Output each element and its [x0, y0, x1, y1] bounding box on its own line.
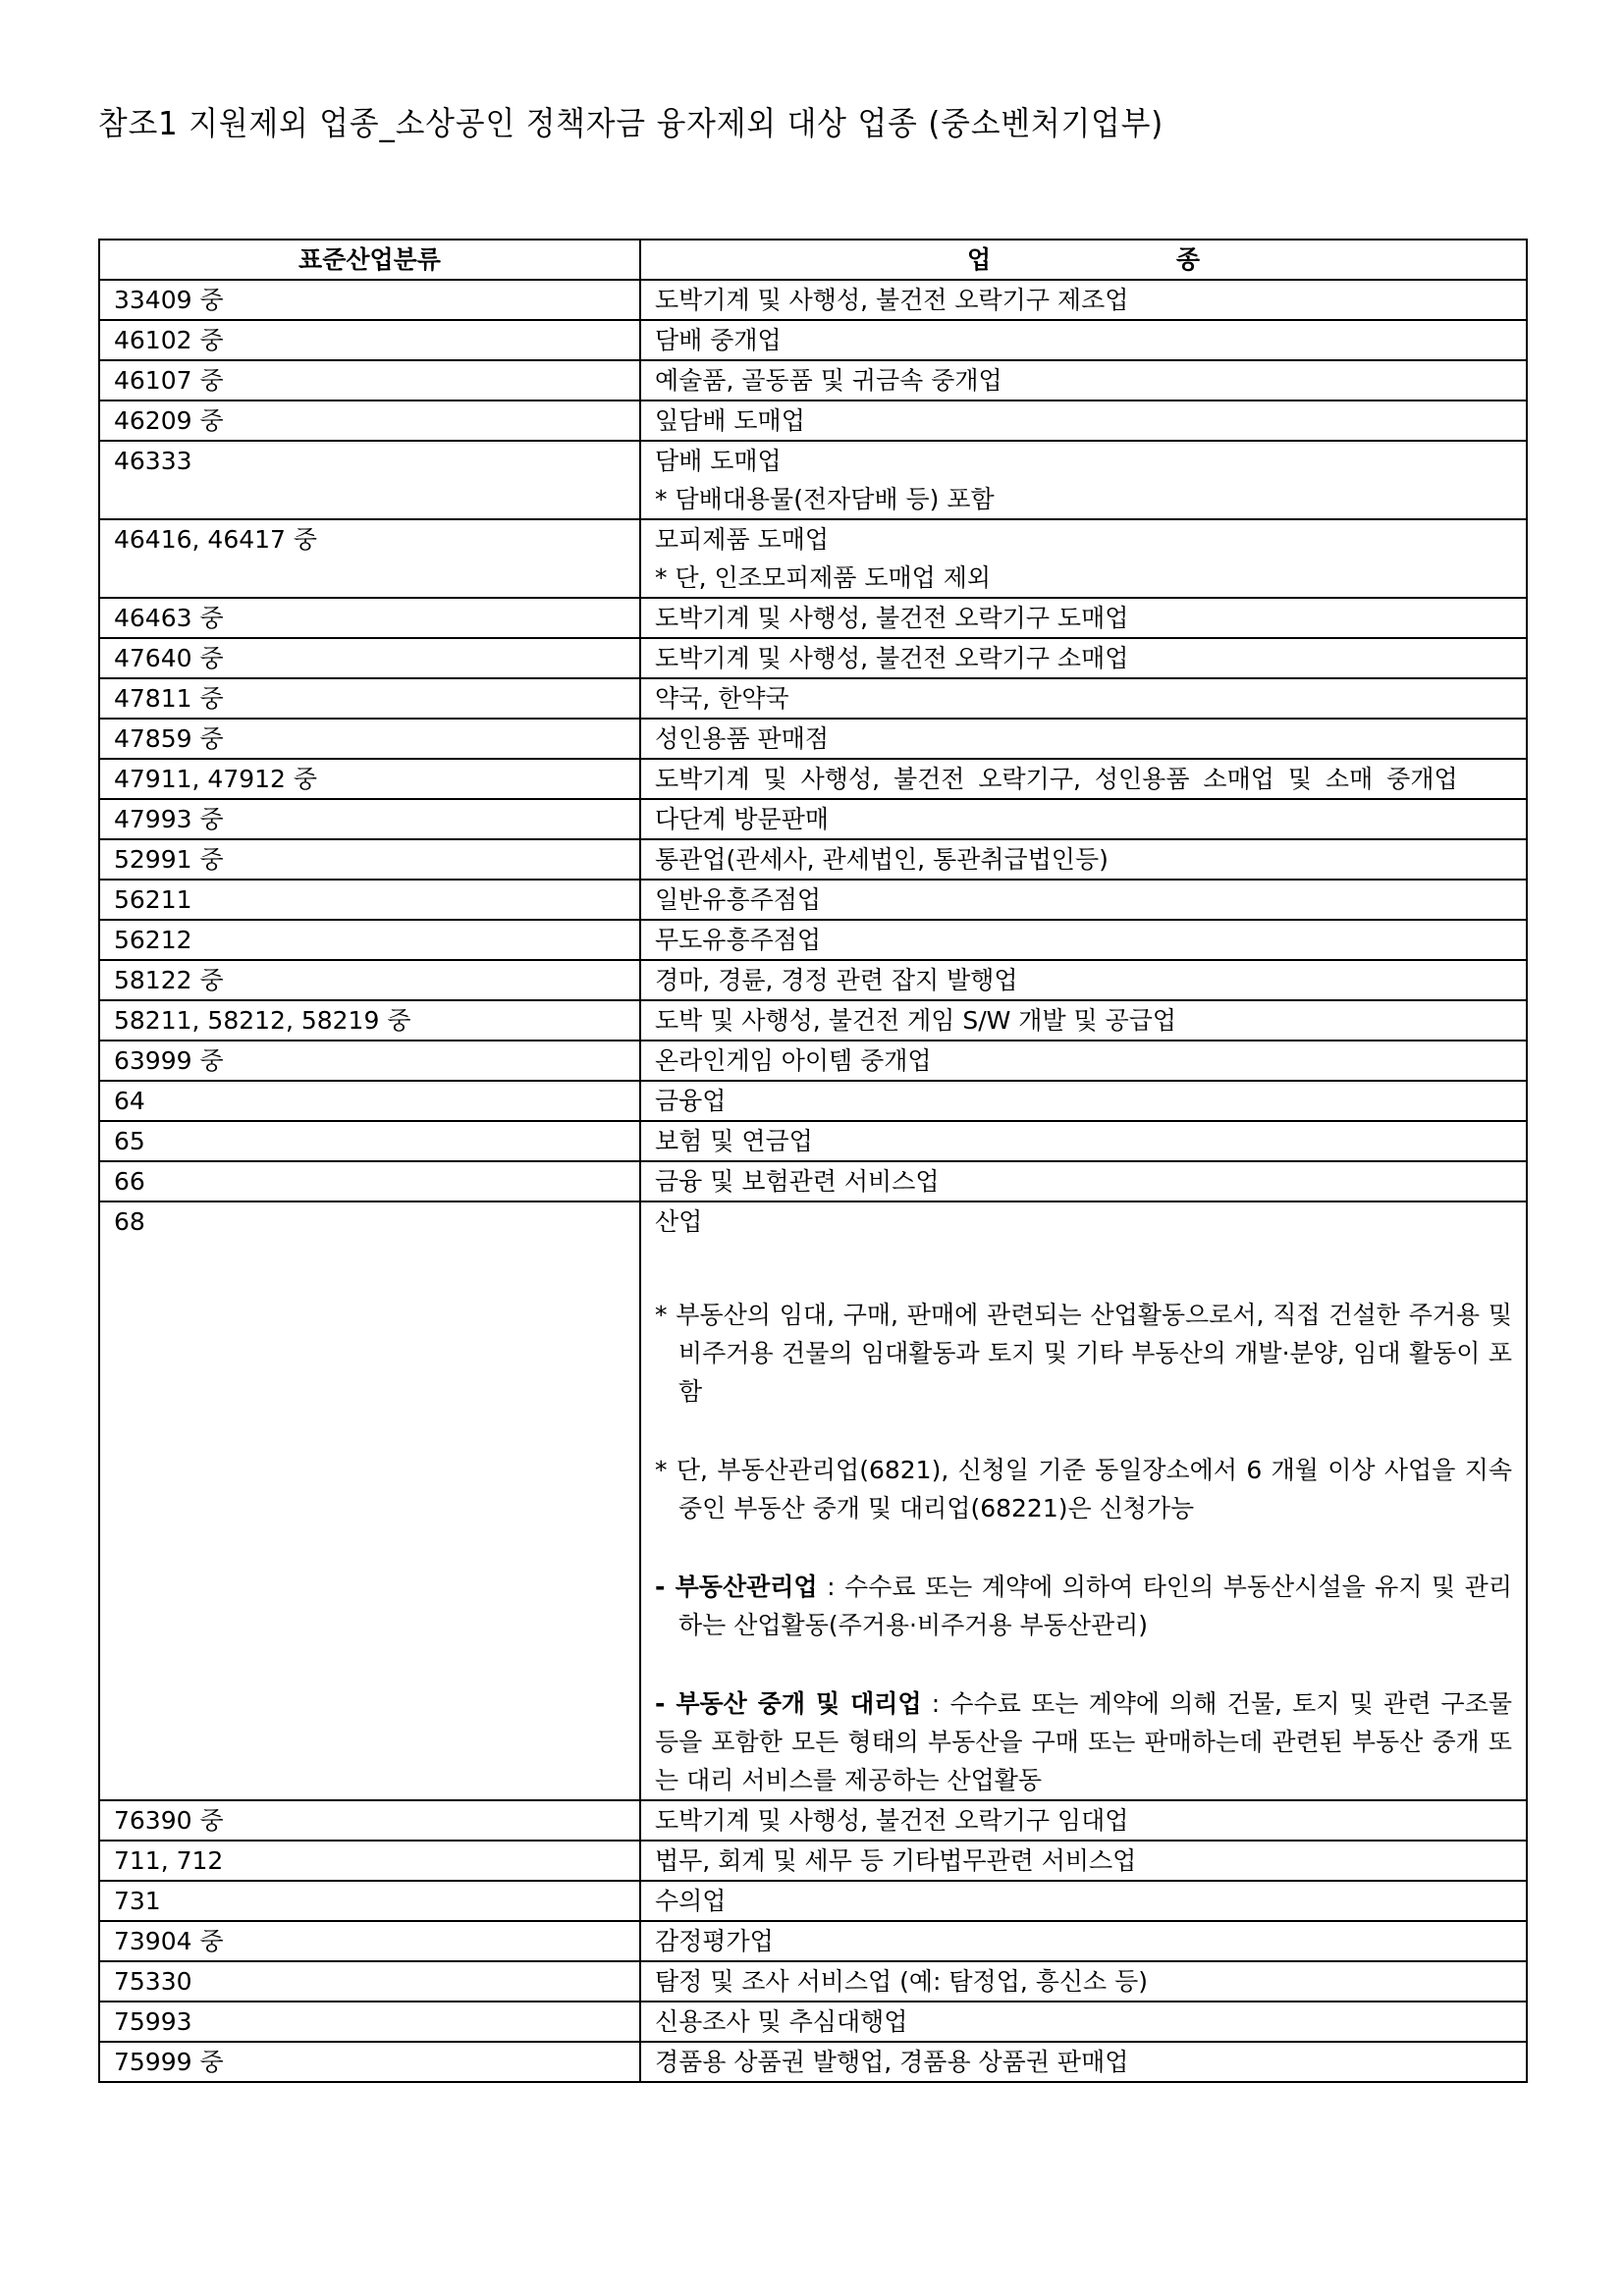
table-row: 52991 중통관업(관세사, 관세법인, 통관취급법인등) [99, 839, 1527, 880]
table-row: 75999 중경품용 상품권 발행업, 경품용 상품권 판매업 [99, 2042, 1527, 2082]
industry-name: 약국, 한약국 [655, 679, 1512, 718]
table-row: 66금융 및 보험관련 서비스업 [99, 1161, 1527, 1201]
industry-code-cell: 46416, 46417 중 [99, 519, 640, 598]
table-row: 73904 중감정평가업 [99, 1921, 1527, 1961]
industry-name: 도박기계 및 사행성, 불건전 오락기구 임대업 [655, 1801, 1512, 1840]
industry-code-cell: 47911, 47912 중 [99, 759, 640, 799]
definition-term: - 부동산 중개 및 대리업 [655, 1689, 922, 1718]
industry-code-cell: 58122 중 [99, 960, 640, 1000]
table-row: 47811 중약국, 한약국 [99, 678, 1527, 719]
industry-name: 신용조사 및 추심대행업 [655, 2002, 1512, 2041]
industry-code-cell: 46209 중 [99, 400, 640, 441]
industry-code-cell: 52991 중 [99, 839, 640, 880]
industry-name-cell: 금융 및 보험관련 서비스업 [640, 1161, 1527, 1201]
industry-name-cell: 도박기계 및 사행성, 불건전 오락기구, 성인용품 소매업 및 소매 중개업 [640, 759, 1527, 799]
table-row: 64금융업 [99, 1081, 1527, 1121]
industry-name-cell: 금융업 [640, 1081, 1527, 1121]
industry-code-cell: 75999 중 [99, 2042, 640, 2082]
industry-name-cell: 도박기계 및 사행성, 불건전 오락기구 소매업 [640, 638, 1527, 678]
industry-name-cell: 경품용 상품권 발행업, 경품용 상품권 판매업 [640, 2042, 1527, 2082]
industry-name-cell: 잎담배 도매업 [640, 400, 1527, 441]
industry-name: 보험 및 연금업 [655, 1122, 1512, 1160]
industry-code-cell: 65 [99, 1121, 640, 1161]
industry-name: 산업 [655, 1202, 1512, 1241]
industry-name-cell: 감정평가업 [640, 1921, 1527, 1961]
industry-code-cell: 46102 중 [99, 320, 640, 360]
industry-code-cell: 64 [99, 1081, 640, 1121]
table-body: 33409 중도박기계 및 사행성, 불건전 오락기구 제조업46102 중담배… [99, 280, 1527, 2082]
industry-code-cell: 47859 중 [99, 719, 640, 759]
industry-code-cell: 75330 [99, 1961, 640, 2002]
industry-name: 감정평가업 [655, 1922, 1512, 1960]
industry-code-cell: 73904 중 [99, 1921, 640, 1961]
industry-name-cell: 온라인게임 아이템 중개업 [640, 1041, 1527, 1081]
industry-name-cell: 신용조사 및 추심대행업 [640, 2002, 1527, 2042]
table-row: 731수의업 [99, 1881, 1527, 1921]
table-row: 75330탐정 및 조사 서비스업 (예: 탐정업, 흥신소 등) [99, 1961, 1527, 2002]
table-row: 58122 중경마, 경륜, 경정 관련 잡지 발행업 [99, 960, 1527, 1000]
table-header-row: 표준산업분류 업 종 [99, 240, 1527, 280]
industry-name-cell: 법무, 회계 및 세무 등 기타법무관련 서비스업 [640, 1841, 1527, 1881]
industry-code-cell: 66 [99, 1161, 640, 1201]
industry-code-cell: 76390 중 [99, 1800, 640, 1841]
industry-name: 금융 및 보험관련 서비스업 [655, 1162, 1512, 1201]
table-row: 47859 중성인용품 판매점 [99, 719, 1527, 759]
table-row: 65보험 및 연금업 [99, 1121, 1527, 1161]
industry-name-cell: 약국, 한약국 [640, 678, 1527, 719]
industry-code-cell: 46107 중 [99, 360, 640, 400]
industry-name: 금융업 [655, 1082, 1512, 1120]
industry-code-cell: 68 [99, 1201, 640, 1800]
industry-name-cell: 통관업(관세사, 관세법인, 통관취급법인등) [640, 839, 1527, 880]
table-row: 47911, 47912 중도박기계 및 사행성, 불건전 오락기구, 성인용품… [99, 759, 1527, 799]
industry-name-cell: 경마, 경륜, 경정 관련 잡지 발행업 [640, 960, 1527, 1000]
definition-real-estate-brokerage: - 부동산 중개 및 대리업 : 수수료 또는 계약에 의해 건물, 토지 및 … [655, 1684, 1512, 1799]
table-row: 46107 중예술품, 골동품 및 귀금속 중개업 [99, 360, 1527, 400]
industry-name-cell: 수의업 [640, 1881, 1527, 1921]
table-row: 76390 중도박기계 및 사행성, 불건전 오락기구 임대업 [99, 1800, 1527, 1841]
industry-name: 수의업 [655, 1882, 1512, 1920]
industry-code-cell: 56211 [99, 880, 640, 920]
industry-name-cell: 담배 중개업 [640, 320, 1527, 360]
industry-note: * 담배대용물(전자담배 등) 포함 [655, 480, 1512, 518]
industry-name-cell: 모피제품 도매업* 단, 인조모피제품 도매업 제외 [640, 519, 1527, 598]
industry-name: 담배 중개업 [655, 321, 1512, 359]
industry-name: 경품용 상품권 발행업, 경품용 상품권 판매업 [655, 2043, 1512, 2081]
table-row: 47640 중도박기계 및 사행성, 불건전 오락기구 소매업 [99, 638, 1527, 678]
industry-name-cell: 담배 도매업* 담배대용물(전자담배 등) 포함 [640, 441, 1527, 519]
industry-code-cell: 58211, 58212, 58219 중 [99, 1000, 640, 1041]
industry-name-cell: 성인용품 판매점 [640, 719, 1527, 759]
industry-name-cell: 다단계 방문판매 [640, 799, 1527, 839]
table-row: 75993신용조사 및 추심대행업 [99, 2002, 1527, 2042]
table-row: 68산업* 부동산의 임대, 구매, 판매에 관련되는 산업활동으로서, 직접 … [99, 1201, 1527, 1800]
table-row: 46333담배 도매업* 담배대용물(전자담배 등) 포함 [99, 441, 1527, 519]
industry-name: 잎담배 도매업 [655, 401, 1512, 440]
table-row: 47993 중다단계 방문판매 [99, 799, 1527, 839]
industry-name: 일반유흥주점업 [655, 881, 1512, 919]
industry-code-cell: 711, 712 [99, 1841, 640, 1881]
industry-name: 도박기계 및 사행성, 불건전 오락기구, 성인용품 소매업 및 소매 중개업 [655, 760, 1512, 798]
industry-code-cell: 47993 중 [99, 799, 640, 839]
industry-name: 모피제품 도매업 [655, 520, 1512, 559]
industry-name: 경마, 경륜, 경정 관련 잡지 발행업 [655, 961, 1512, 999]
table-row: 56212무도유흥주점업 [99, 920, 1527, 960]
industry-code-cell: 47640 중 [99, 638, 640, 678]
table-row: 46209 중잎담배 도매업 [99, 400, 1527, 441]
industry-code-cell: 731 [99, 1881, 640, 1921]
industry-name: 다단계 방문판매 [655, 800, 1512, 838]
industry-name: 무도유흥주점업 [655, 921, 1512, 959]
industry-name-cell: 예술품, 골동품 및 귀금속 중개업 [640, 360, 1527, 400]
industry-name: 통관업(관세사, 관세법인, 통관취급법인등) [655, 840, 1512, 879]
industry-code-cell: 46333 [99, 441, 640, 519]
industry-code-cell: 75993 [99, 2002, 640, 2042]
industry-name-cell: 탐정 및 조사 서비스업 (예: 탐정업, 흥신소 등) [640, 1961, 1527, 2002]
industry-note: * 부동산의 임대, 구매, 판매에 관련되는 산업활동으로서, 직접 건설한 … [655, 1296, 1512, 1411]
industry-name: 성인용품 판매점 [655, 720, 1512, 758]
industry-name: 탐정 및 조사 서비스업 (예: 탐정업, 흥신소 등) [655, 1962, 1512, 2001]
table-row: 56211일반유흥주점업 [99, 880, 1527, 920]
table-row: 46102 중담배 중개업 [99, 320, 1527, 360]
page-title: 참조1 지원제외 업종_소상공인 정책자금 융자제외 대상 업종 (중소벤처기업… [98, 98, 1164, 144]
industry-name: 도박기계 및 사행성, 불건전 오락기구 도매업 [655, 599, 1512, 637]
industry-name-cell: 산업* 부동산의 임대, 구매, 판매에 관련되는 산업활동으로서, 직접 건설… [640, 1201, 1527, 1800]
header-industry-code: 표준산업분류 [99, 240, 640, 280]
table-row: 33409 중도박기계 및 사행성, 불건전 오락기구 제조업 [99, 280, 1527, 320]
table-row: 46416, 46417 중모피제품 도매업* 단, 인조모피제품 도매업 제외 [99, 519, 1527, 598]
definition-term: - 부동산관리업 [655, 1573, 818, 1601]
definition-real-estate-management: - 부동산관리업 : 수수료 또는 계약에 의하여 타인의 부동산시설을 유지 … [655, 1568, 1512, 1644]
industry-code-cell: 46463 중 [99, 598, 640, 638]
industry-name-cell: 보험 및 연금업 [640, 1121, 1527, 1161]
table-row: 63999 중온라인게임 아이템 중개업 [99, 1041, 1527, 1081]
industry-name: 예술품, 골동품 및 귀금속 중개업 [655, 361, 1512, 400]
industry-name-cell: 도박 및 사행성, 불건전 게임 S/W 개발 및 공급업 [640, 1000, 1527, 1041]
industry-code-cell: 33409 중 [99, 280, 640, 320]
industry-name: 도박 및 사행성, 불건전 게임 S/W 개발 및 공급업 [655, 1001, 1512, 1040]
industry-name: 도박기계 및 사행성, 불건전 오락기구 소매업 [655, 639, 1512, 677]
industry-name: 온라인게임 아이템 중개업 [655, 1041, 1512, 1080]
industry-name: 법무, 회계 및 세무 등 기타법무관련 서비스업 [655, 1842, 1512, 1880]
table-row: 58211, 58212, 58219 중도박 및 사행성, 불건전 게임 S/… [99, 1000, 1527, 1041]
industry-name: 도박기계 및 사행성, 불건전 오락기구 제조업 [655, 281, 1512, 319]
industry-name-cell: 일반유흥주점업 [640, 880, 1527, 920]
industry-name-cell: 도박기계 및 사행성, 불건전 오락기구 도매업 [640, 598, 1527, 638]
industry-note: * 단, 인조모피제품 도매업 제외 [655, 559, 1512, 597]
industry-name-cell: 도박기계 및 사행성, 불건전 오락기구 제조업 [640, 280, 1527, 320]
industry-name-cell: 도박기계 및 사행성, 불건전 오락기구 임대업 [640, 1800, 1527, 1841]
header-industry-name: 업 종 [640, 240, 1527, 280]
excluded-industries-table: 표준산업분류 업 종 33409 중도박기계 및 사행성, 불건전 오락기구 제… [98, 239, 1528, 2083]
industry-code-cell: 47811 중 [99, 678, 640, 719]
table-row: 46463 중도박기계 및 사행성, 불건전 오락기구 도매업 [99, 598, 1527, 638]
table-row: 711, 712법무, 회계 및 세무 등 기타법무관련 서비스업 [99, 1841, 1527, 1881]
industry-note: * 단, 부동산관리업(6821), 신청일 기준 동일장소에서 6 개월 이상… [655, 1451, 1512, 1527]
industry-name-cell: 무도유흥주점업 [640, 920, 1527, 960]
industry-name: 담배 도매업 [655, 442, 1512, 480]
industry-code-cell: 63999 중 [99, 1041, 640, 1081]
industry-code-cell: 56212 [99, 920, 640, 960]
